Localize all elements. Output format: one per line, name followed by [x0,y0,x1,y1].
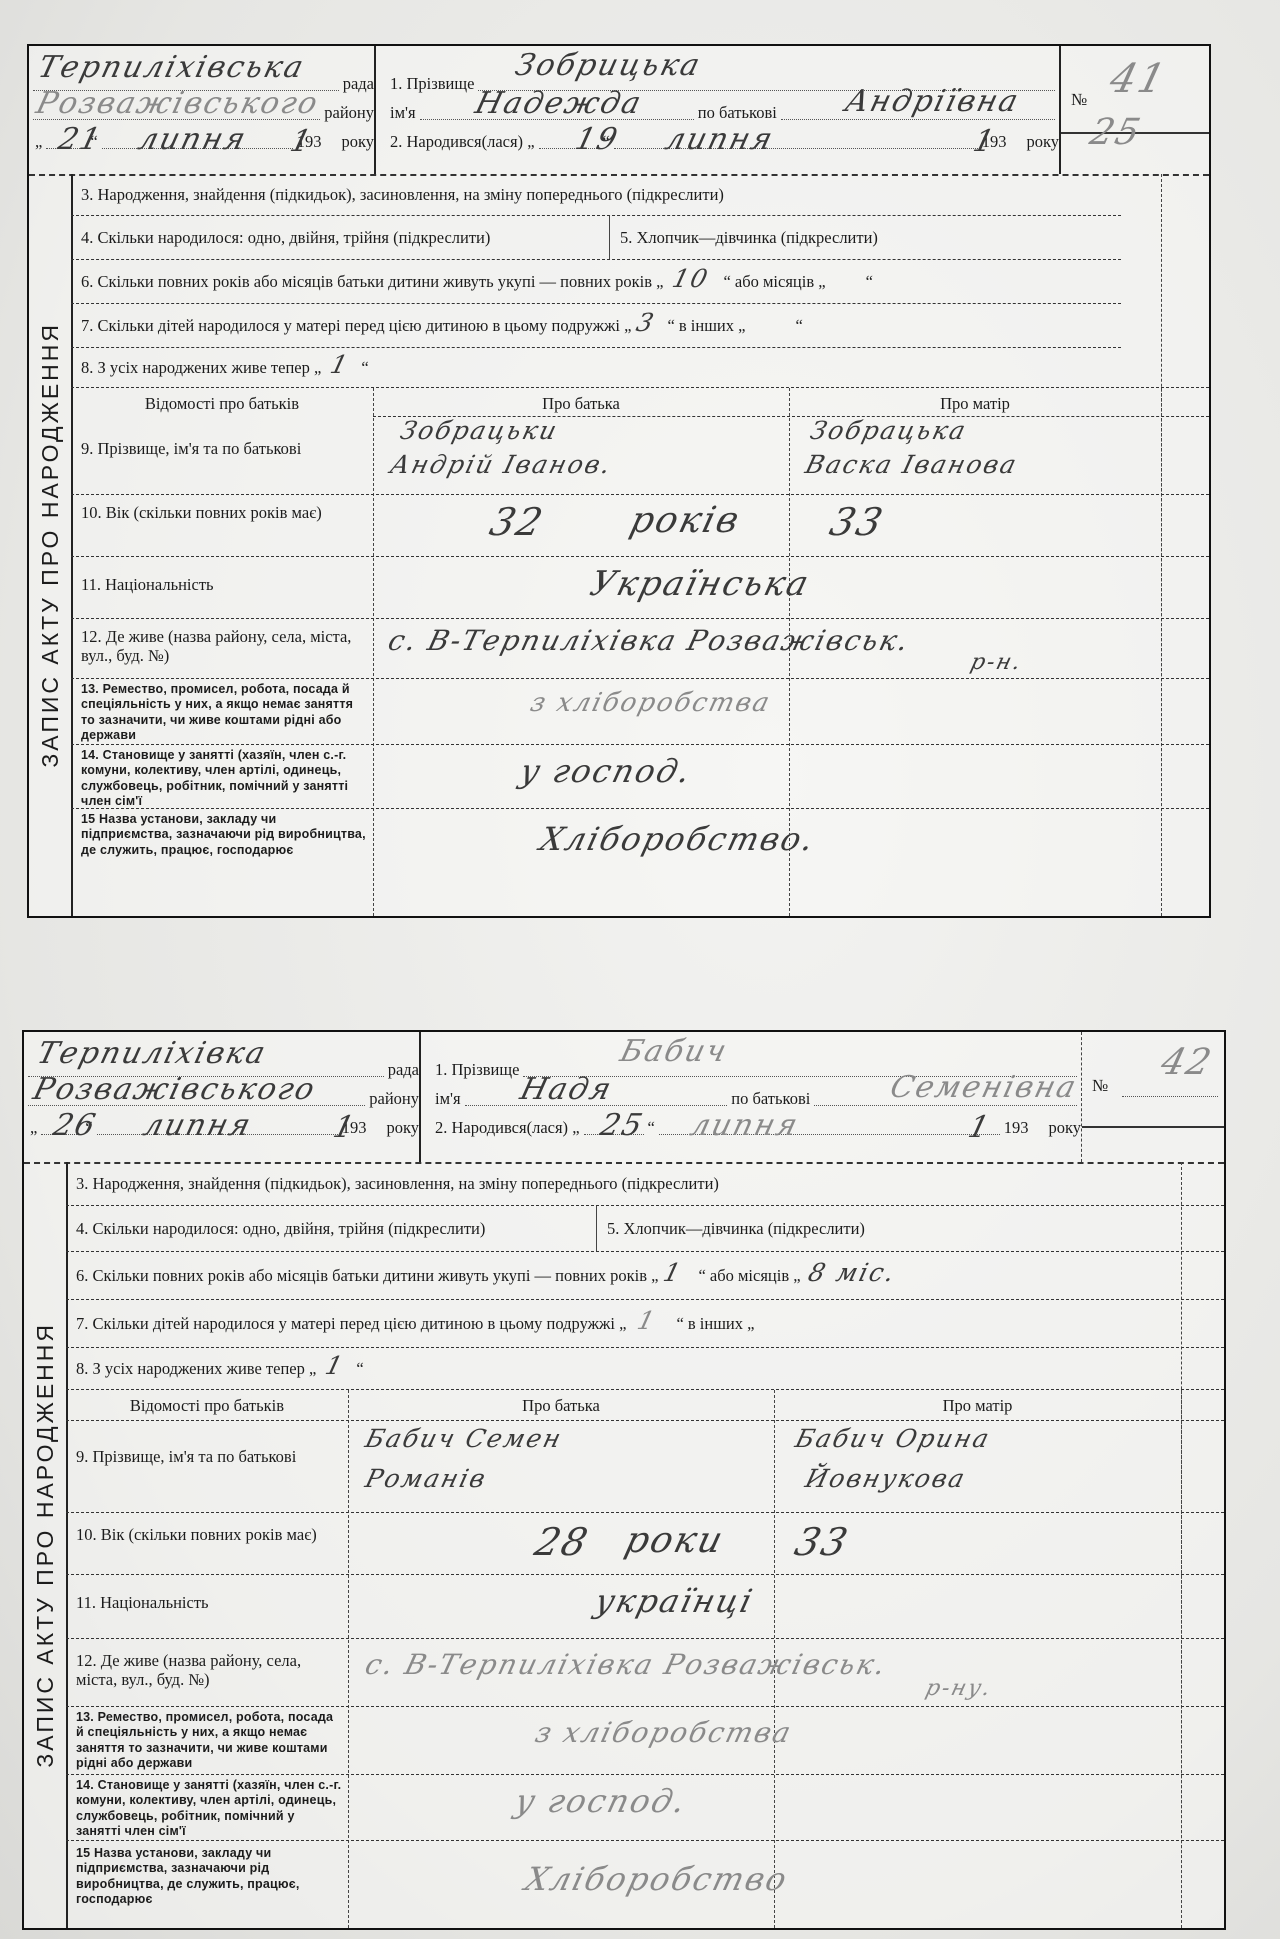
hw-record-number-secondary: 25 [1086,112,1146,153]
hw-father-age: 32 [486,500,549,544]
record-number-block: № 41 25 [1059,46,1209,174]
parents-table: Відомості про батьків Про батька Про мат… [71,388,1209,916]
hw-position: у господ. [516,752,696,790]
col-header-father: Про батька [373,394,789,414]
hw-age-word: років [626,500,745,541]
hw-mother-name-2: Васка Іванова [802,450,1021,479]
hw-father-name-2: Андрій Іванов. [387,450,615,479]
hw-children-before: 3 [634,308,659,337]
hw-institution: Хліборобство [521,1860,792,1898]
record-number-block: № 42 [1081,1032,1224,1162]
hw-name: Надя [517,1072,617,1107]
birth-record-form-1: рада району „“193року Терпиліхівська Роз… [27,44,1211,918]
hw-age-word: роки [621,1520,729,1561]
hw-institution: Хліборобство. [536,820,819,858]
hw-mother-name-1: Бабич Орина [792,1424,993,1453]
hw-nationality: українці [591,1582,758,1620]
hw-father-name-1: Бабич Семен [362,1424,565,1453]
hw-residence: с. В-Терпиліхівка Розважівськ. [362,1648,891,1681]
hw-mother-name-2: Йовнукова [802,1464,969,1493]
form-header: рада району „“193року Терпиліхівська Роз… [29,46,1209,176]
hw-together-years: 10 [670,264,713,293]
hw-record-number: 41 [1105,56,1171,102]
form-body: 3. Народження, знайдення (підкидьок), за… [66,1162,1224,1928]
col-header-mother: Про матір [789,394,1161,414]
hw-record-number: 42 [1157,1042,1217,1083]
hw-mother-name-1: Зобрацька [807,416,970,445]
hw-nationality: Українська [586,564,814,604]
hw-alive-now: 1 [323,1351,348,1380]
hw-father-name-1: Зобрацьки [397,416,561,445]
hw-children-before: 1 [635,1306,660,1335]
hw-residence-2: р-н. [968,650,1025,675]
hw-birth-day: 25 [597,1108,648,1143]
hw-raion: Розважівського [33,86,323,121]
hw-name: Надежда [472,86,647,121]
hw-surname: Зобрицька [512,48,705,83]
hw-occupation: з хліборобства [527,688,774,718]
hw-birth-month: липня [662,122,778,157]
col-header-info: Відомості про батьків [71,394,373,414]
hw-mother-age: 33 [826,500,889,544]
hw-mother-age: 33 [791,1520,854,1564]
hw-father-name-2: Романів [362,1464,490,1493]
side-title: ЗАПИС АКТУ ПРО НАРОДЖЕННЯ [24,1162,68,1928]
raion-label: району [324,103,374,126]
side-title: ЗАПИС АКТУ ПРО НАРОДЖЕННЯ [29,174,73,916]
hw-patronymic: Семенівна [887,1070,1082,1105]
hw-together-years: 1 [661,1258,686,1287]
hw-reg-day: 21 [55,122,106,157]
hw-alive-now: 1 [328,350,353,379]
form-header: рада району „“193року Терпиліхівка Розва… [24,1032,1224,1164]
council-block: рада району „“193року Терпиліхівка Розва… [24,1032,421,1162]
hw-father-age: 28 [531,1520,594,1564]
hw-birth-day: 19 [572,122,623,157]
hw-residence-2: р-ну. [923,1676,995,1701]
hw-reg-month: липня [135,122,251,157]
hw-raion: Розважівського [30,1072,320,1107]
council-block: рада району „“193року Терпиліхівська Роз… [29,46,376,174]
hw-together-months: 8 міс. [805,1258,899,1287]
hw-rada: Терпиліхівка [34,1036,271,1071]
parents-table: Відомості про батьків Про батька Про мат… [66,1390,1224,1928]
child-block: 1. Прізвище ім'япо батькові 2. Народився… [376,46,1059,174]
rada-label: рада [343,74,374,97]
hw-reg-day: 26 [50,1108,101,1143]
hw-reg-month: липня [140,1108,256,1143]
hw-birth-month: липня [687,1108,803,1143]
hw-occupation: з хліборобства [532,1716,796,1749]
hw-patronymic: Андріївна [842,84,1024,119]
hw-surname: Бабич [617,1034,732,1069]
hw-residence: с. В-Терпиліхівка Розважівськ. [385,624,914,657]
hw-position: у господ. [511,1782,691,1820]
form-body: 3. Народження, знайдення (підкидьок), за… [71,174,1209,916]
hw-rada: Терпиліхівська [35,50,309,85]
birth-record-form-2: рада району „“193року Терпиліхівка Розва… [22,1030,1226,1930]
child-block: 1. Прізвище ім'япо батькові 2. Народився… [421,1032,1081,1162]
